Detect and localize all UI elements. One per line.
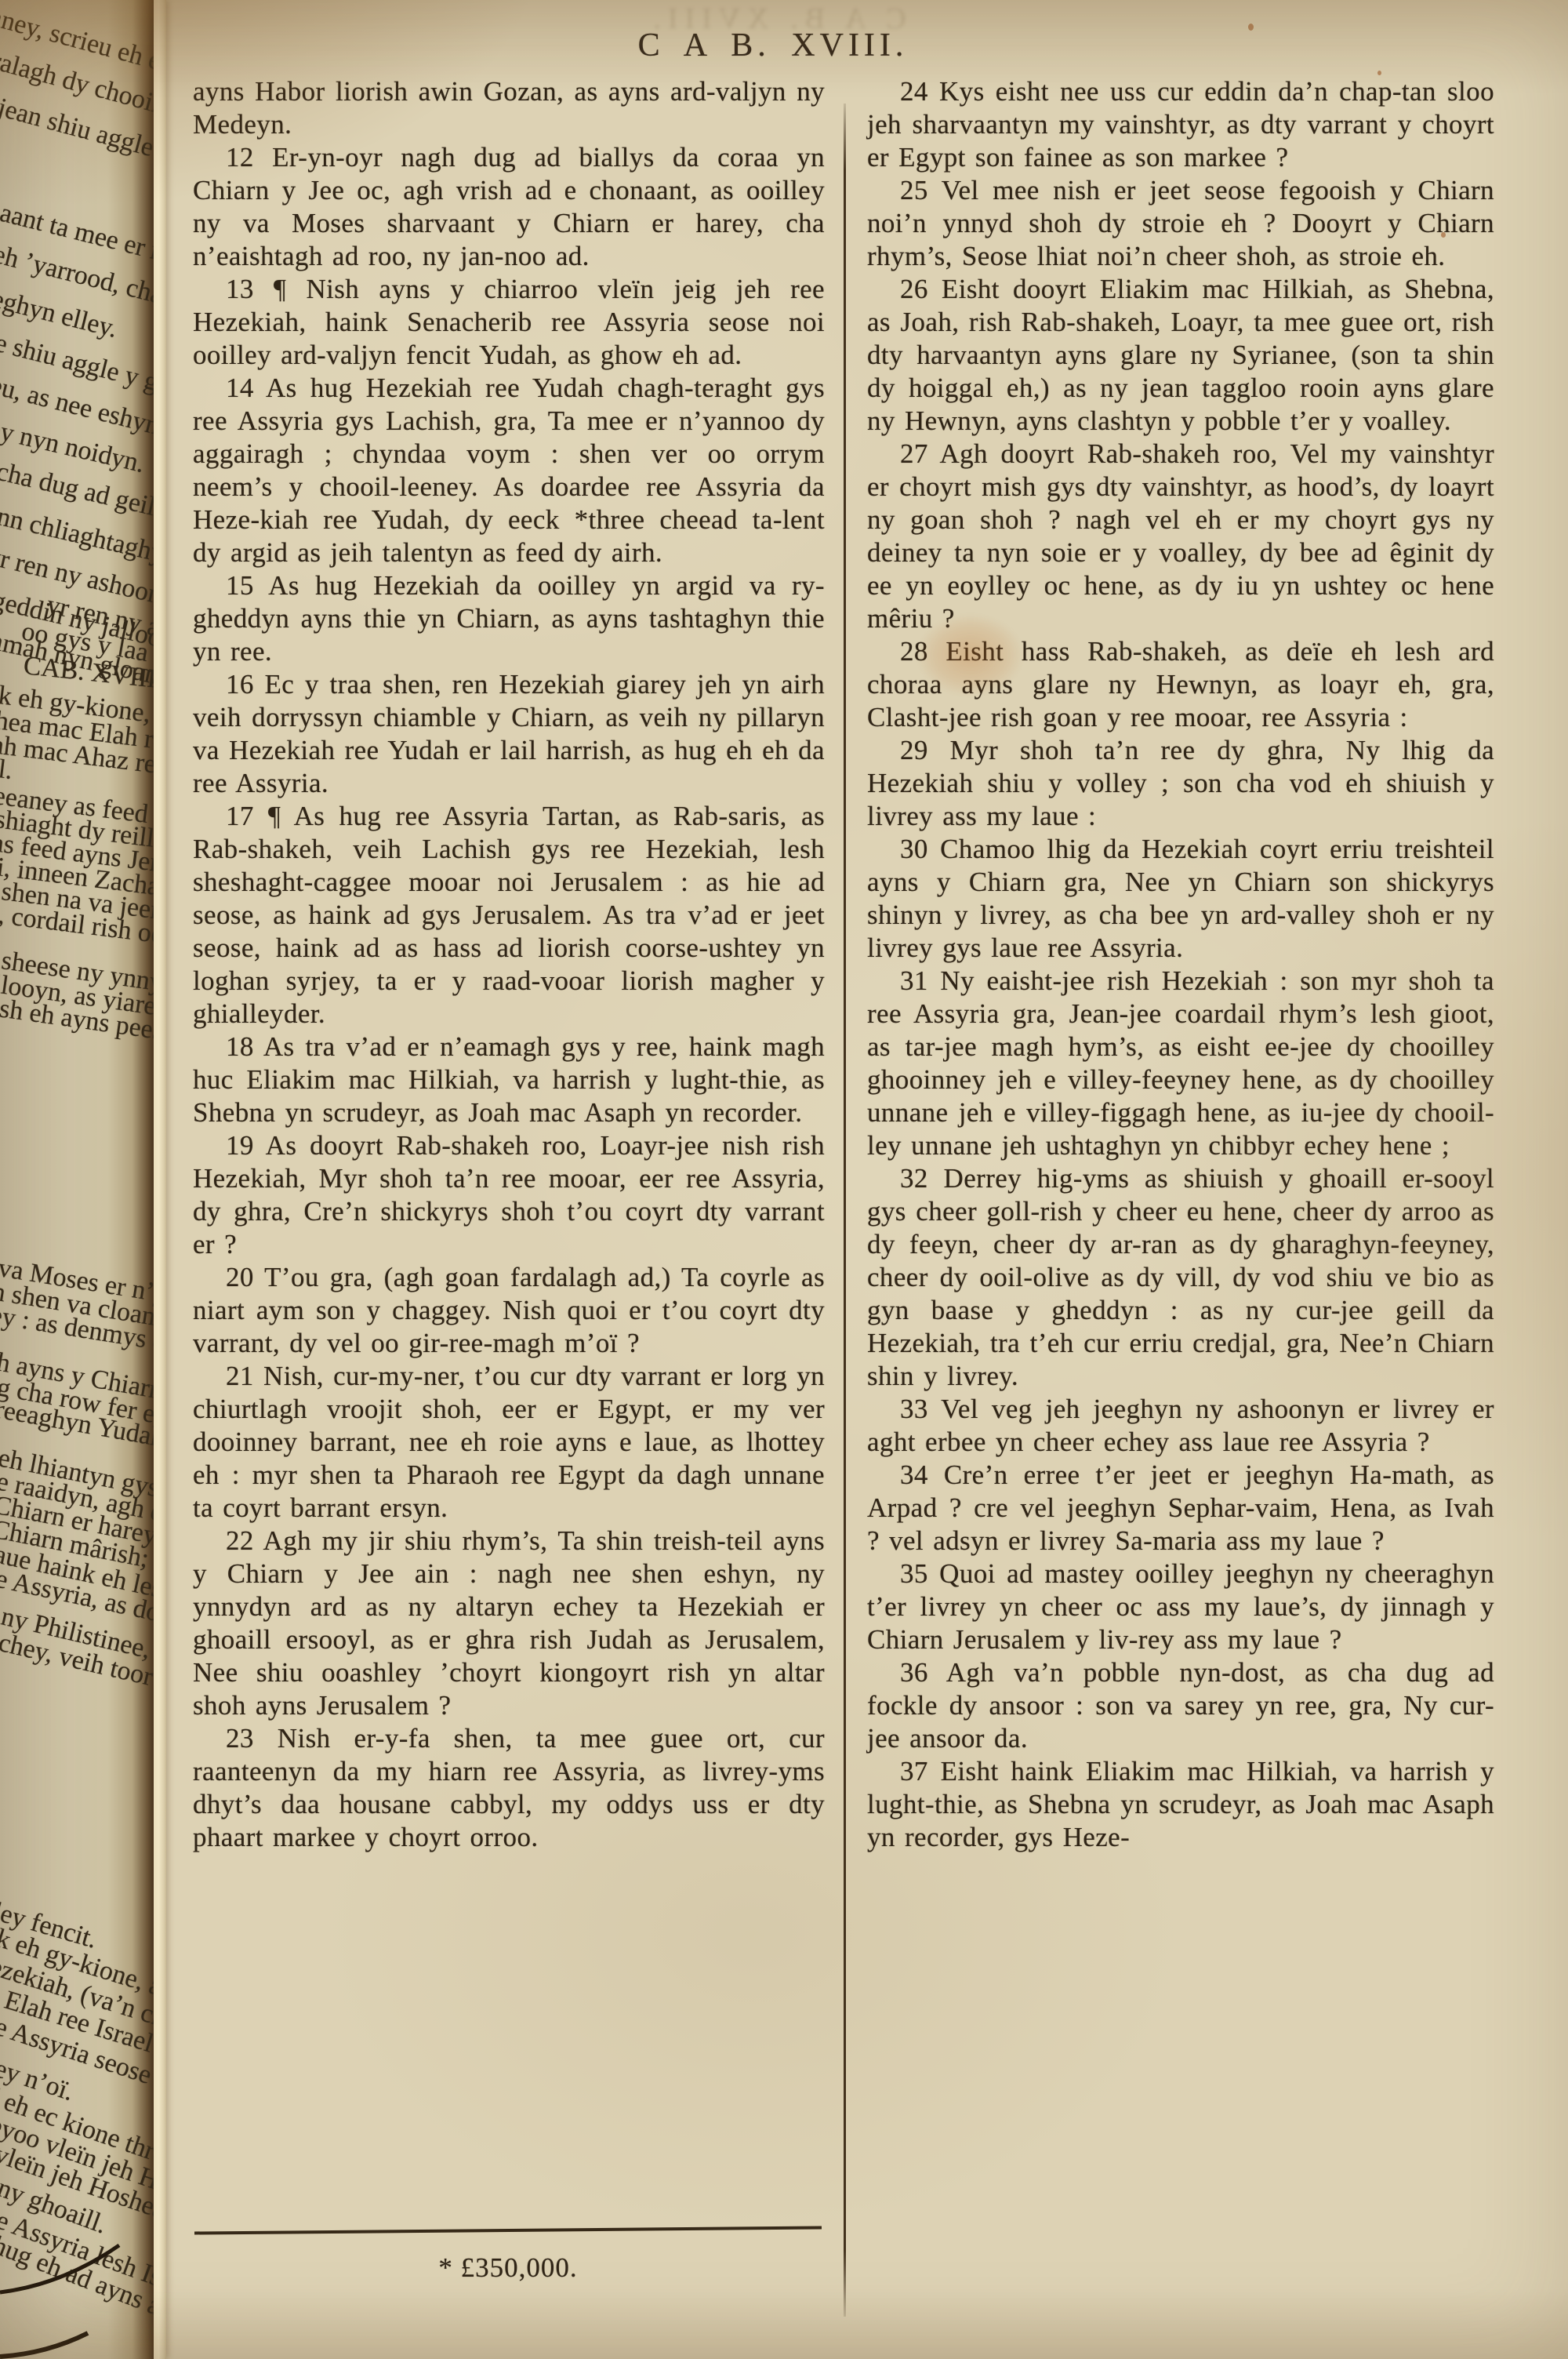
footnote-text: * £350,000. [194,2252,822,2284]
verse-paragraph: 33 Vel veg jeh jeeghyn ny ashoonyn er li… [867,1393,1494,1459]
page-edge-highlight [154,0,166,2359]
adjacent-page-edge: nney, scrieu eh er nralagh dy chooilleen… [0,0,154,2359]
verse-paragraph: 37 Eisht haink Eliakim mac Hilkiah, va h… [867,1755,1494,1854]
verse-paragraph: 17 ¶ As hug ree Assyria Tartan, as Rab-s… [193,800,825,1030]
verse-paragraph: 34 Cre’n erree t’er jeet er jeeghyn Ha-m… [867,1459,1494,1558]
verse-paragraph: 26 Eisht dooyrt Eliakim mac Hilkiah, as … [867,273,1494,438]
verse-paragraph: 19 As dooyrt Rab-shakeh roo, Loayr-jee n… [193,1129,825,1261]
verse-paragraph: 15 As hug Hezekiah da ooilley yn argid v… [193,569,825,668]
verse-paragraph: 13 ¶ Nish ayns y chiarroo vleïn jeig jeh… [193,273,825,372]
verse-paragraph: 21 Nish, cur-my-ner, t’ou cur dty varran… [193,1360,825,1525]
column-divider-rule [844,104,846,2317]
verse-paragraph: 32 Derrey hig-yms as shiuish y ghoaill e… [867,1162,1494,1393]
adjacent-page-text-fragment: l. [0,754,14,786]
verse-paragraph: 35 Quoi ad mastey ooilley jeeghyn ny che… [867,1558,1494,1656]
verse-paragraph: 12 Er-yn-oyr nagh dug ad biallys da cora… [193,141,825,273]
left-column: ayns Habor liorish awin Gozan, as ayns a… [193,75,825,1854]
verse-paragraph: 22 Agh my jir shiu rhym’s, Ta shin treis… [193,1525,825,1722]
verse-paragraph: 27 Agh dooyrt Rab-shakeh roo, Vel my vai… [867,438,1494,635]
verse-paragraph: 28 Eisht hass Rab-shakeh, as deïe eh les… [867,635,1494,734]
right-column: 24 Kys eisht nee uss cur eddin da’n chap… [867,75,1494,1854]
verse-paragraph: 30 Chamoo lhig da Hezekiah coyrt erriu t… [867,833,1494,965]
curled-page-footnote-rule [0,2239,154,2359]
verse-paragraph: 14 As hug Hezekiah ree Yudah chagh-terag… [193,372,825,569]
book-page-photo: { "page": { "header": "C A B. XVIII.", "… [0,0,1568,2359]
verse-paragraph: 36 Agh va’n pobble nyn-dost, as cha dug … [867,1656,1494,1755]
foxing-speck [1248,24,1254,31]
verse-paragraph: 31 Ny eaisht-jee rish Hezekiah : son myr… [867,965,1494,1162]
verse-paragraph: 16 Ec y traa shen, ren Hezekiah giarey j… [193,668,825,800]
foxing-speck [1377,71,1381,75]
foxing-speck [1441,232,1446,238]
verse-paragraph: 20 T’ou gra, (agh goan fardalagh ad,) Ta… [193,1261,825,1360]
verse-paragraph: 23 Nish er-y-fa shen, ta mee guee ort, c… [193,1722,825,1854]
chapter-heading: C A B. XVIII. [499,27,1047,64]
verse-paragraph: 18 As tra v’ad er n’eamagh gys y ree, ha… [193,1030,825,1129]
verse-paragraph: ayns Habor liorish awin Gozan, as ayns a… [193,75,825,141]
verse-paragraph: 25 Vel mee nish er jeet seose fegooish y… [867,174,1494,273]
verse-paragraph: 29 Myr shoh ta’n ree dy ghra, Ny lhig da… [867,734,1494,833]
verse-paragraph: 24 Kys eisht nee uss cur eddin da’n chap… [867,75,1494,174]
footnote-rule [194,2226,822,2235]
